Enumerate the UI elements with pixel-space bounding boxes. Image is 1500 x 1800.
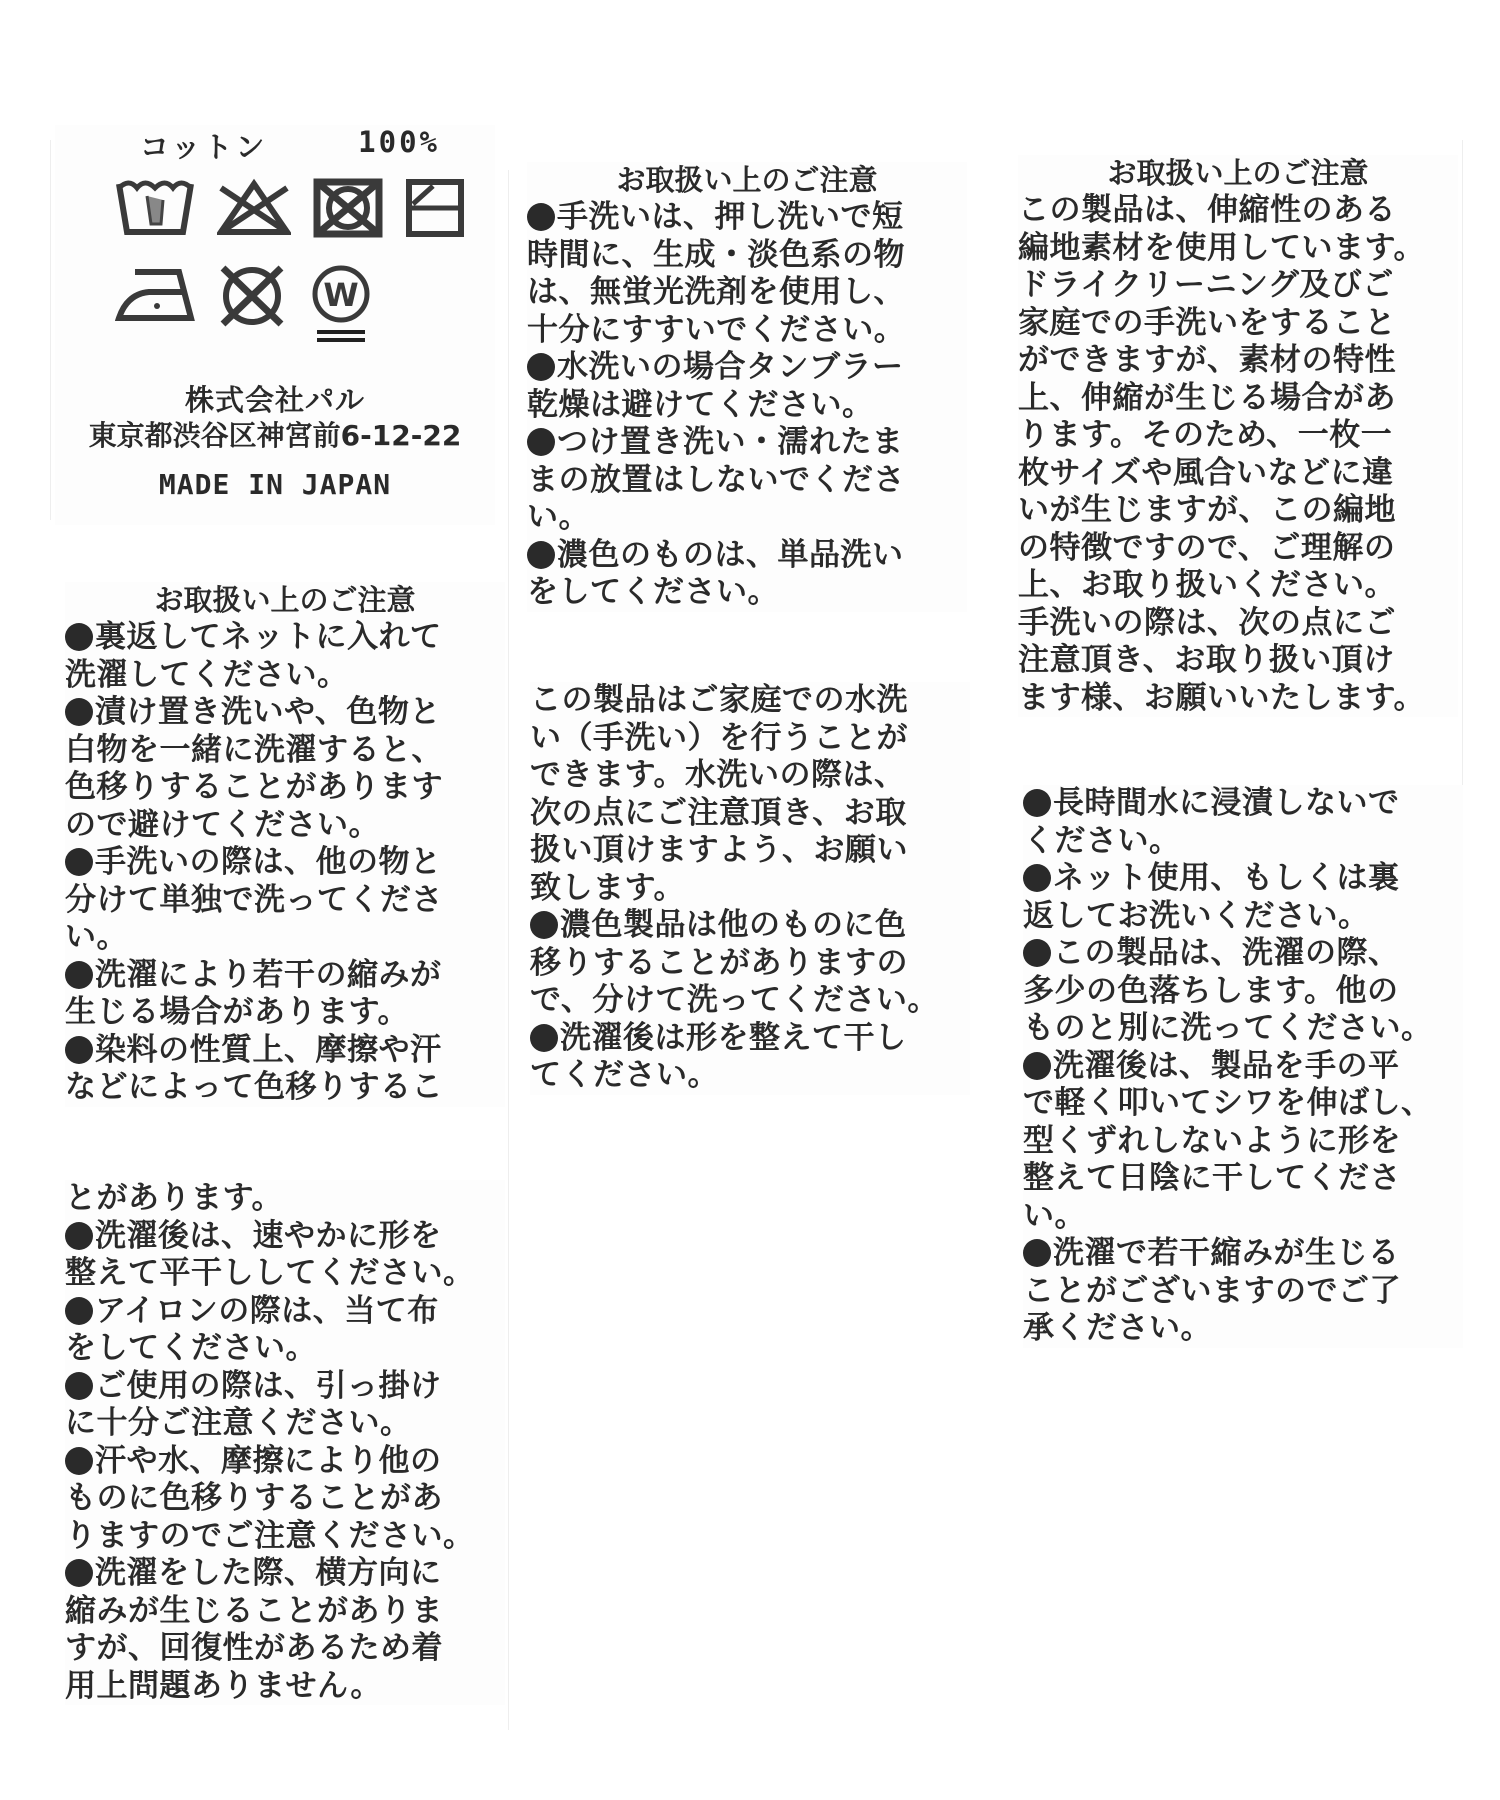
note-bullet-line: 手洗いの際は、他の物と <box>65 844 505 882</box>
note-text: つけ置き洗い・濡れたま <box>557 424 904 460</box>
note-text: 濃色製品は他のものに色 <box>560 907 907 943</box>
note-line: まの放置はしないでくださ <box>527 462 967 500</box>
note-text: 手洗いの際は、他の物と <box>95 844 442 880</box>
note-text: 上、お取り扱いください。 <box>1018 567 1396 603</box>
bullet-icon <box>65 1447 93 1475</box>
note-text: 返してお洗いください。 <box>1023 898 1370 934</box>
note-text: ネット使用、もしくは裏 <box>1053 860 1400 896</box>
note-line: い。 <box>1023 1198 1463 1236</box>
note-text: 汗や水、摩擦により他の <box>95 1443 442 1479</box>
note-text: 水洗いの場合タンブラー <box>557 349 904 385</box>
note-bullet-line: ご使用の際は、引っ掛け <box>65 1368 505 1406</box>
fiber-percent: 100% <box>358 125 440 166</box>
note-line: 手洗いの際は、次の点にご <box>1018 605 1458 643</box>
note-line: できます。水洗いの際は、 <box>530 757 970 795</box>
note-text: アイロンの際は、当て布 <box>95 1293 439 1329</box>
note-bullet-line: ネット使用、もしくは裏 <box>1023 860 1463 898</box>
note-text: 洗濯により若干の縮みが <box>95 957 442 993</box>
note-text: すが、回復性があるため着 <box>65 1630 443 1666</box>
note-text: とがあります。 <box>65 1180 283 1216</box>
note-bullet-line: 漬け置き洗いや、色物と <box>65 694 505 732</box>
note-text: 多少の色落ちします。他の <box>1023 973 1399 1009</box>
note-text: の特徴ですので、ご理解の <box>1018 530 1395 566</box>
note-line: 縮みが生じることがありま <box>65 1593 505 1631</box>
note-text: に十分ご注意ください。 <box>65 1405 412 1441</box>
note-text: で軽く叩いてシワを伸ばし、 <box>1023 1085 1433 1121</box>
note-text: ドライクリーニング及びご <box>1018 267 1394 303</box>
note-line: 整えて平干ししてください。 <box>65 1255 505 1293</box>
note-line: りますのでご注意ください。 <box>65 1518 505 1556</box>
note-line: をしてください。 <box>65 1330 505 1368</box>
note-line: この製品はご家庭での水洗 <box>530 682 970 720</box>
note-text: 洗濯後は、製品を手の平 <box>1053 1048 1400 1084</box>
note-line: ものと別に洗ってください。 <box>1023 1010 1463 1048</box>
note-text: 移りすることがありますの <box>530 945 908 981</box>
note-text: い。 <box>527 499 590 535</box>
note-text: 用上問題ありません。 <box>65 1668 382 1704</box>
note-text: ります。そのため、一枚一 <box>1018 417 1392 453</box>
note-text: 白物を一緒に洗濯すると、 <box>65 732 443 768</box>
note-line: をしてください。 <box>527 574 967 612</box>
note-line: い。 <box>65 919 505 957</box>
note-line: とがあります。 <box>65 1180 505 1218</box>
svg-text:W: W <box>323 276 358 314</box>
note-text: いが生じますが、この編地 <box>1018 492 1396 528</box>
note-line: 編地素材を使用しています。 <box>1018 230 1458 268</box>
note-text: この製品は、伸縮性のある <box>1018 192 1396 228</box>
care-notes-col1-a: お取扱い上のご注意 裏返してネットに入れて洗濯してください。漬け置き洗いや、色物… <box>65 582 505 1107</box>
bullet-icon <box>65 1036 93 1064</box>
bullet-icon <box>65 698 93 726</box>
note-line: は、無蛍光洗剤を使用し、 <box>527 274 967 312</box>
note-line: 致します。 <box>530 870 970 908</box>
note-text: ので避けてください。 <box>65 807 380 843</box>
note-bullet-line: 洗濯後は、速やかに形を <box>65 1218 505 1256</box>
note-line: てください。 <box>530 1057 970 1095</box>
note-text: い。 <box>65 919 128 955</box>
note-line: 乾燥は避けてください。 <box>527 387 967 425</box>
line-dry-shade-icon <box>405 178 465 238</box>
iron-low-icon <box>115 264 195 324</box>
note-line: で、分けて洗ってください。 <box>530 982 970 1020</box>
note-line: 承ください。 <box>1023 1310 1463 1348</box>
fiber-content: コットン <box>140 125 267 166</box>
note-bullet-line: 洗濯後は、製品を手の平 <box>1023 1048 1463 1086</box>
note-line: この製品は、伸縮性のある <box>1018 192 1458 230</box>
country-of-origin: MADE IN JAPAN <box>55 468 495 501</box>
note-line: いが生じますが、この編地 <box>1018 492 1458 530</box>
care-notes-col2-b: この製品はご家庭での水洗い（手洗い）を行うことができます。水洗いの際は、次の点に… <box>530 682 970 1095</box>
no-tumble-dry-icon <box>313 178 383 238</box>
bullet-icon <box>1023 864 1051 892</box>
note-line: ります。そのため、一枚一 <box>1018 417 1458 455</box>
bullet-icon <box>65 961 93 989</box>
bullet-icon <box>65 623 93 651</box>
bullet-icon <box>527 428 555 456</box>
care-notes-col2-a: お取扱い上のご注意 手洗いは、押し洗いで短時間に、生成・淡色系の物は、無蛍光洗剤… <box>527 162 967 612</box>
note-bullet-line: 濃色のものは、単品洗い <box>527 537 967 575</box>
no-dry-clean-icon <box>217 264 287 328</box>
note-line: ドライクリーニング及びご <box>1018 267 1458 305</box>
note-line: の特徴ですので、ご理解の <box>1018 530 1458 568</box>
note-line: い。 <box>527 499 967 537</box>
note-line: に十分ご注意ください。 <box>65 1405 505 1443</box>
note-text: りますのでご注意ください。 <box>65 1518 475 1554</box>
care-symbols-row-2: W <box>115 264 495 350</box>
note-line: い（手洗い）を行うことが <box>530 720 970 758</box>
note-line: 多少の色落ちします。他の <box>1023 973 1463 1011</box>
note-line: ができますが、素材の特性 <box>1018 342 1458 380</box>
note-text: 乾燥は避けてください。 <box>527 387 874 423</box>
note-text: 洗濯後は、速やかに形を <box>95 1218 442 1254</box>
note-text: 編地素材を使用しています。 <box>1018 230 1425 266</box>
note-text: い。 <box>1023 1198 1086 1234</box>
note-text: 裏返してネットに入れて <box>95 619 442 655</box>
bullet-icon <box>530 1024 558 1052</box>
note-line: ことがございますのでご了 <box>1023 1273 1463 1311</box>
note-line: 生じる場合があります。 <box>65 994 505 1032</box>
bullet-icon <box>65 1222 93 1250</box>
company-name: 株式会社パル <box>55 382 495 418</box>
bullet-icon <box>527 541 555 569</box>
note-text: ご使用の際は、引っ掛け <box>95 1368 442 1404</box>
note-text: ものに色移りすることがあ <box>65 1480 443 1516</box>
note-text: 縮みが生じることがありま <box>65 1593 443 1629</box>
note-text: 致します。 <box>530 870 685 906</box>
company-address: 東京都渋谷区神宮前6-12-22 <box>55 418 495 454</box>
note-line: 色移りすることがあります <box>65 769 505 807</box>
bullet-icon <box>65 1372 93 1400</box>
note-text: てください。 <box>530 1057 719 1093</box>
note-text: 承ください。 <box>1023 1310 1212 1346</box>
bullet-icon <box>1023 1239 1051 1267</box>
note-line: 上、伸縮が生じる場合があ <box>1018 380 1458 418</box>
bullet-icon <box>1023 789 1051 817</box>
note-line: 洗濯してください。 <box>65 657 505 695</box>
note-line: 扱い頂けますよう、お願い <box>530 832 970 870</box>
note-text: で、分けて洗ってください。 <box>530 982 939 1018</box>
note-text: ください。 <box>1023 823 1181 859</box>
note-line: 十分にすすいでください。 <box>527 312 967 350</box>
note-text: ができますが、素材の特性 <box>1018 342 1396 378</box>
note-line: ください。 <box>1023 823 1463 861</box>
bullet-icon <box>527 353 555 381</box>
note-bullet-line: 洗濯で若干縮みが生じる <box>1023 1235 1463 1273</box>
no-bleach-icon <box>217 178 291 238</box>
hand-wash-icon <box>115 178 195 238</box>
note-text: 長時間水に浸漬しないで <box>1053 785 1400 821</box>
note-line: 白物を一緒に洗濯すると、 <box>65 732 505 770</box>
note-line: すが、回復性があるため着 <box>65 1630 505 1668</box>
note-line: ものに色移りすることがあ <box>65 1480 505 1518</box>
note-text: 濃色のものは、単品洗い <box>557 537 904 573</box>
note-bullet-line: 汗や水、摩擦により他の <box>65 1443 505 1481</box>
note-line: で軽く叩いてシワを伸ばし、 <box>1023 1085 1463 1123</box>
bullet-icon <box>530 911 558 939</box>
note-line: 上、お取り扱いください。 <box>1018 567 1458 605</box>
bullet-icon <box>1023 1052 1051 1080</box>
note-bullet-line: アイロンの際は、当て布 <box>65 1293 505 1331</box>
note-text: 洗濯で若干縮みが生じる <box>1053 1235 1400 1271</box>
section-title: お取扱い上のご注意 <box>65 582 505 619</box>
note-text: 染料の性質上、摩擦や汗 <box>95 1032 442 1068</box>
note-text: 扱い頂けますよう、お願い <box>530 832 908 868</box>
bullet-icon <box>65 848 93 876</box>
note-bullet-line: 洗濯後は形を整えて干し <box>530 1020 970 1058</box>
note-text: 手洗いは、押し洗いで短 <box>557 199 904 235</box>
note-text: 型くずれしないように形を <box>1023 1123 1401 1159</box>
bullet-icon <box>527 203 555 231</box>
note-text: をしてください。 <box>527 574 779 610</box>
care-notes-col3-b: 長時間水に浸漬しないでください。ネット使用、もしくは裏返してお洗いください。この… <box>1023 785 1463 1348</box>
note-line: 移りすることがありますの <box>530 945 970 983</box>
note-text: などによって色移りするこ <box>65 1069 443 1105</box>
note-bullet-line: 洗濯をした際、横方向に <box>65 1555 505 1593</box>
column-divider <box>50 140 51 520</box>
note-text: 手洗いの際は、次の点にご <box>1018 605 1396 641</box>
note-text: 次の点にご注意頂き、お取 <box>530 795 907 831</box>
note-line: ので避けてください。 <box>65 807 505 845</box>
note-text: 家庭での手洗いをすること <box>1018 305 1396 341</box>
note-bullet-line: この製品は、洗濯の際、 <box>1023 935 1463 973</box>
note-line: 返してお洗いください。 <box>1023 898 1463 936</box>
note-line: 家庭での手洗いをすること <box>1018 305 1458 343</box>
bullet-icon <box>1023 939 1051 967</box>
note-line: 分けて単独で洗ってくださ <box>65 882 505 920</box>
note-text: 色移りすることがあります <box>65 769 443 805</box>
note-text: 枚サイズや風合いなどに違 <box>1018 455 1394 491</box>
note-text: をしてください。 <box>65 1330 317 1366</box>
note-line: 枚サイズや風合いなどに違 <box>1018 455 1458 493</box>
care-symbols-row-1 <box>115 178 495 238</box>
note-bullet-line: 水洗いの場合タンブラー <box>527 349 967 387</box>
column-divider <box>508 170 509 1730</box>
bullet-icon <box>65 1297 93 1325</box>
note-text: この製品は、洗濯の際、 <box>1053 935 1400 971</box>
note-line: 注意頂き、お取り扱い頂け <box>1018 642 1458 680</box>
note-text: 分けて単独で洗ってくださ <box>65 882 443 918</box>
note-text: 生じる場合があります。 <box>65 994 409 1030</box>
note-bullet-line: つけ置き洗い・濡れたま <box>527 424 967 462</box>
note-bullet-line: 洗濯により若干の縮みが <box>65 957 505 995</box>
note-text: 十分にすすいでください。 <box>527 312 905 348</box>
note-line: ます様、お願いいたします。 <box>1018 680 1458 718</box>
note-text: 時間に、生成・淡色系の物 <box>527 237 905 273</box>
care-notes-col3-a: お取扱い上のご注意 この製品は、伸縮性のある編地素材を使用しています。ドライクリ… <box>1018 155 1458 717</box>
note-text: は、無蛍光洗剤を使用し、 <box>527 274 905 310</box>
note-text: まの放置はしないでくださ <box>527 462 905 498</box>
note-text: ます様、お願いいたします。 <box>1018 680 1425 716</box>
note-text: 洗濯をした際、横方向に <box>95 1555 442 1591</box>
care-label-header: コットン 100% <box>55 125 495 525</box>
note-text: この製品はご家庭での水洗 <box>530 682 908 718</box>
note-line: 型くずれしないように形を <box>1023 1123 1463 1161</box>
note-bullet-line: 長時間水に浸漬しないで <box>1023 785 1463 823</box>
section-title: お取扱い上のご注意 <box>1018 155 1458 192</box>
note-text: 整えて日陰に干してくださ <box>1023 1160 1401 1196</box>
note-bullet-line: 濃色製品は他のものに色 <box>530 907 970 945</box>
note-text: い（手洗い）を行うことが <box>530 720 908 756</box>
note-text: 注意頂き、お取り扱い頂け <box>1018 642 1395 678</box>
note-line: 用上問題ありません。 <box>65 1668 505 1706</box>
note-text: 整えて平干ししてください。 <box>65 1255 475 1291</box>
note-line: などによって色移りするこ <box>65 1069 505 1107</box>
note-text: できます。水洗いの際は、 <box>530 757 906 793</box>
note-bullet-line: 裏返してネットに入れて <box>65 619 505 657</box>
section-title: お取扱い上のご注意 <box>527 162 967 199</box>
note-bullet-line: 手洗いは、押し洗いで短 <box>527 199 967 237</box>
note-text: 漬け置き洗いや、色物と <box>95 694 441 730</box>
note-line: 時間に、生成・淡色系の物 <box>527 237 967 275</box>
care-notes-col1-b: とがあります。洗濯後は、速やかに形を整えて平干ししてください。アイロンの際は、当… <box>65 1180 505 1705</box>
note-text: ことがございますのでご了 <box>1023 1273 1401 1309</box>
note-text: ものと別に洗ってください。 <box>1023 1010 1433 1046</box>
note-text: 洗濯してください。 <box>65 657 349 693</box>
bullet-icon <box>65 1559 93 1587</box>
note-text: 洗濯後は形を整えて干し <box>560 1020 907 1056</box>
note-line: 次の点にご注意頂き、お取 <box>530 795 970 833</box>
wet-clean-gentle-icon: W <box>309 264 373 350</box>
note-bullet-line: 染料の性質上、摩擦や汗 <box>65 1032 505 1070</box>
note-text: 上、伸縮が生じる場合があ <box>1018 380 1396 416</box>
note-line: 整えて日陰に干してくださ <box>1023 1160 1463 1198</box>
